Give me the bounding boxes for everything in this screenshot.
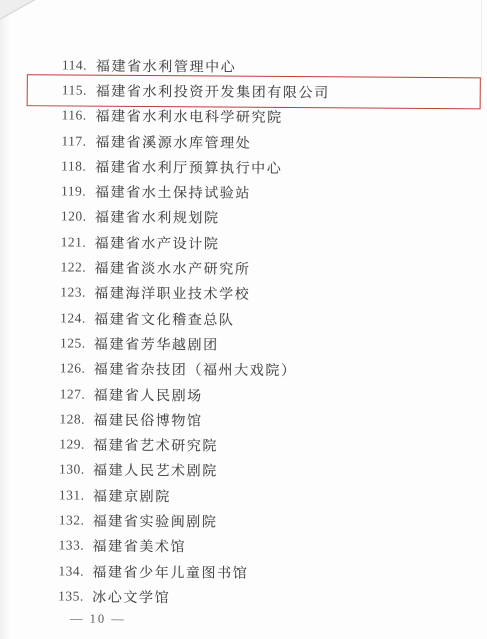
list-item: 135. 冰心文学馆	[0, 583, 483, 612]
item-number: 124.	[60, 310, 94, 326]
item-label: 福建省艺术研究院	[93, 435, 218, 456]
item-number: 129.	[59, 437, 93, 453]
list-item: 131. 福建京剧院	[0, 482, 484, 511]
item-number: 134.	[58, 563, 92, 579]
item-label: 福建省少年儿童图书馆	[92, 561, 248, 582]
item-number: 117.	[61, 133, 95, 149]
item-number: 114.	[62, 57, 96, 73]
list-item: 119. 福建省水土保持试验站	[0, 178, 486, 207]
item-label: 福建人民艺术剧院	[93, 460, 218, 481]
item-label: 福建省水利规划院	[95, 207, 220, 228]
item-label: 福建京剧院	[93, 485, 171, 506]
item-number: 130.	[59, 462, 93, 478]
item-number: 132.	[59, 512, 93, 528]
item-number: 123.	[60, 285, 94, 301]
list-item: 124. 福建省文化稽查总队	[0, 305, 485, 334]
item-number: 131.	[59, 487, 93, 503]
item-number: 135.	[58, 588, 92, 604]
list-item: 116. 福建省水利水电科学研究院	[0, 103, 487, 132]
list-item: 133. 福建省美术馆	[0, 533, 484, 562]
item-label: 福建省溪源水库管理处	[95, 131, 251, 152]
item-label: 福建省淡水水产研究所	[94, 258, 250, 279]
item-label: 福建省水利管理中心	[96, 55, 237, 76]
item-label: 冰心文学馆	[92, 587, 170, 608]
item-label: 福建省美术馆	[92, 536, 186, 557]
item-label: 福建省水利厅预算执行中心	[95, 156, 282, 177]
page-corner-shadow	[0, 0, 36, 20]
list-item: 130. 福建人民艺术剧院	[0, 457, 484, 486]
list-item: 132. 福建省实验闽剧院	[0, 507, 484, 536]
item-label: 福建省水利投资开发集团有限公司	[96, 81, 330, 103]
item-number: 122.	[60, 259, 94, 275]
document-page: 114. 福建省水利管理中心 115. 福建省水利投资开发集团有限公司 116.…	[0, 0, 487, 639]
item-number: 126.	[60, 361, 94, 377]
item-label: 福建海洋职业技术学校	[94, 283, 250, 304]
list-item: 121. 福建省水产设计院	[0, 229, 486, 258]
item-label: 福建民俗博物馆	[93, 409, 202, 430]
item-number: 127.	[60, 386, 94, 402]
item-number: 128.	[59, 411, 93, 427]
list-item: 127. 福建省人民剧场	[0, 381, 485, 410]
list-item: 129. 福建省艺术研究院	[0, 431, 484, 460]
item-label: 福建省人民剧场	[94, 384, 203, 405]
item-number: 115.	[62, 82, 96, 98]
list-item: 114. 福建省水利管理中心	[0, 52, 487, 81]
list-item: 118. 福建省水利厅预算执行中心	[0, 153, 486, 182]
item-label: 福建省水产设计院	[95, 232, 220, 253]
list-item: 134. 福建省少年儿童图书馆	[0, 558, 483, 587]
item-number: 121.	[61, 234, 95, 250]
org-list: 114. 福建省水利管理中心 115. 福建省水利投资开发集团有限公司 116.…	[0, 52, 487, 629]
page-number: — 10 —	[0, 611, 483, 629]
item-number: 119.	[61, 184, 95, 200]
list-item-highlighted: 115. 福建省水利投资开发集团有限公司	[0, 77, 487, 106]
item-label: 福建省文化稽查总队	[94, 308, 235, 329]
list-item: 120. 福建省水利规划院	[0, 204, 486, 233]
list-item: 122. 福建省淡水水产研究所	[0, 254, 486, 283]
list-item: 126. 福建省杂技团（福州大戏院）	[0, 356, 485, 385]
item-label: 福建省水土保持试验站	[95, 182, 251, 203]
item-number: 125.	[60, 335, 94, 351]
item-label: 福建省水利水电科学研究院	[95, 106, 282, 127]
item-label: 福建省实验闽剧院	[93, 511, 218, 532]
item-number: 116.	[62, 108, 96, 124]
list-item: 123. 福建海洋职业技术学校	[0, 280, 485, 309]
list-item: 125. 福建省芳华越剧团	[0, 330, 485, 359]
item-number: 118.	[61, 158, 95, 174]
item-label: 福建省杂技团（福州大戏院）	[94, 359, 297, 380]
item-label: 福建省芳华越剧团	[94, 334, 219, 355]
item-number: 133.	[58, 538, 92, 554]
list-item: 117. 福建省溪源水库管理处	[0, 128, 486, 157]
list-item: 128. 福建民俗博物馆	[0, 406, 485, 435]
item-number: 120.	[61, 209, 95, 225]
